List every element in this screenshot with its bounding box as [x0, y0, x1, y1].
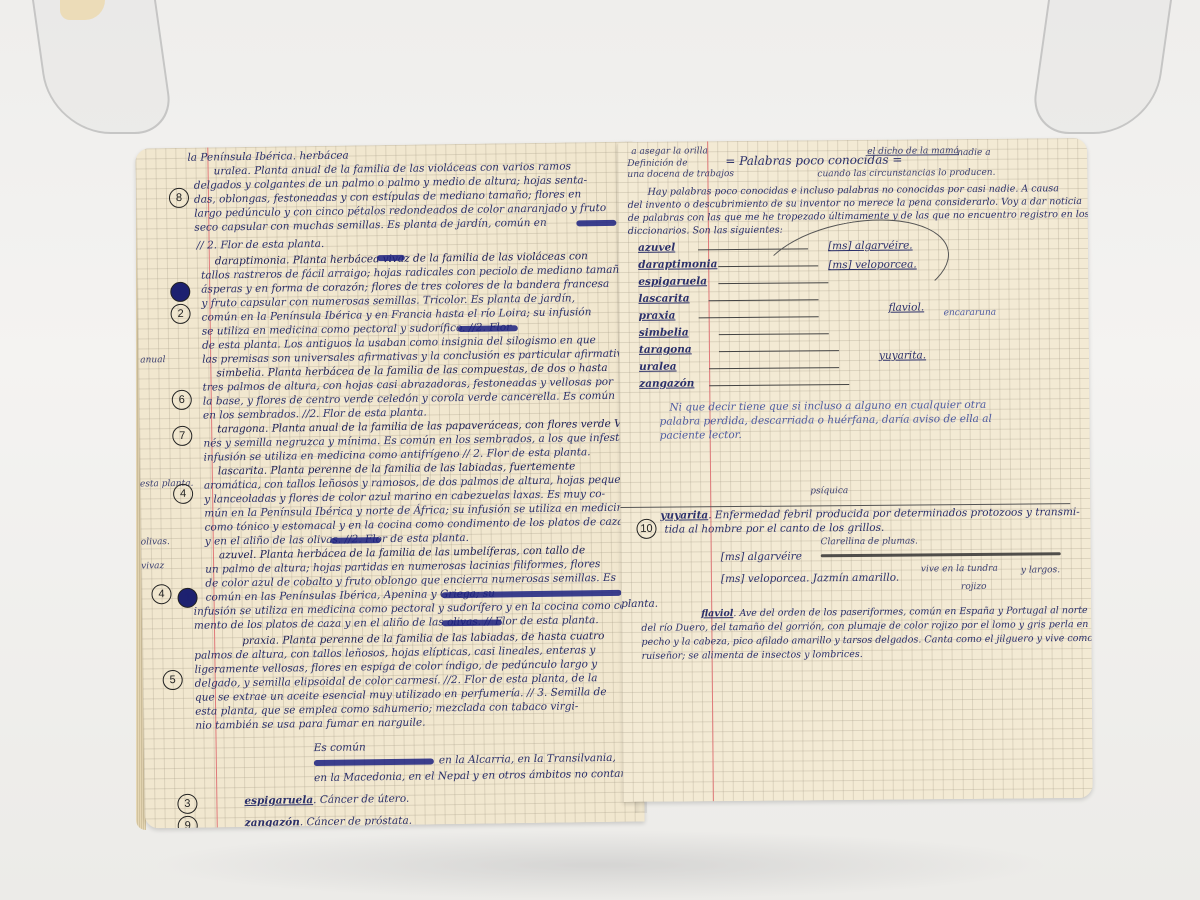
circled-number: 9	[178, 816, 198, 829]
header-note: el dicho de la mamá	[867, 145, 959, 159]
placeholder-line	[709, 367, 839, 369]
circled-number: 6	[172, 390, 192, 410]
annotation: psíquica	[810, 485, 848, 498]
text-line: pecho y la cabeza, pico afilado amarillo…	[641, 632, 1092, 649]
annotation: Clarellina de plumas.	[821, 535, 918, 549]
annotation: y largos.	[1021, 564, 1060, 577]
word-list-item: zangazón	[639, 377, 694, 390]
circled-number: 5	[163, 670, 183, 690]
word-list-item: azuvel	[638, 242, 675, 255]
acrylic-stand-right	[1029, 0, 1175, 134]
circled-number: 2	[170, 304, 190, 324]
header-note: cuando las circunstancias lo producen.	[817, 167, 995, 182]
text-line: ruiseñor; se alimenta de insectos y lomb…	[642, 648, 863, 663]
header-note: nadie a	[957, 147, 990, 160]
entry-veloporcea: [ms] veloporcea. Jazmín amarillo.	[721, 572, 899, 587]
text-line: tida al hombre por el canto de los grill…	[664, 522, 884, 537]
word-list-item: praxia	[639, 310, 676, 323]
footnote: zangazón. Cáncer de próstata.	[245, 815, 413, 829]
word-list-item: taragona	[639, 343, 692, 356]
side-word: encararuna	[944, 307, 997, 320]
placeholder-line	[709, 384, 849, 387]
word-list-item: simbelia	[639, 326, 689, 339]
margin-note: vivaz	[141, 560, 164, 573]
header-note: una docena de trabajos	[627, 168, 734, 182]
word-list-item: lascarita	[638, 292, 689, 305]
side-word: flaviol.	[889, 301, 925, 314]
insertion-note: Es común	[314, 741, 366, 755]
right-page: a asegar la orilla Definición de una doc…	[617, 138, 1093, 802]
closing-line: palabra perdida, descarriada o huérfana,…	[660, 413, 992, 429]
scribble-out	[442, 619, 502, 626]
circled-number: 3	[177, 794, 197, 814]
circled-number: 7	[172, 426, 192, 446]
scribble-out	[458, 325, 518, 332]
intro-line: diccionarios. Son las siguientes:	[628, 224, 783, 238]
margin-note: planta.	[621, 598, 658, 611]
struck-text	[821, 552, 1061, 557]
word-list-item: daraptimonia	[638, 258, 717, 272]
scribble-out	[314, 758, 434, 766]
text-line: nio también se usa para fumar en narguil…	[195, 717, 425, 733]
annotation: vive en la tundra	[921, 563, 998, 577]
margin-note: olivas.	[141, 536, 170, 549]
side-word: [ms] algarvéire.	[828, 239, 913, 253]
annotation: rojizo	[961, 581, 987, 594]
circled-number: 1	[170, 282, 190, 302]
text-line: la Península Ibérica. herbácea	[187, 150, 349, 165]
left-page: la Península Ibérica. herbácea uralea. P…	[135, 142, 644, 829]
display-shadow	[150, 830, 1050, 900]
placeholder-line	[719, 333, 829, 335]
entry-yuyarita: yuyarita. Enfermedad febril producida po…	[660, 506, 1080, 523]
margin-line	[707, 141, 714, 801]
circled-number: 10	[636, 519, 656, 539]
side-word: yuyarita.	[879, 349, 926, 362]
circled-number: 4	[173, 484, 193, 504]
scribble-out	[442, 590, 622, 599]
scribble-out	[331, 537, 381, 544]
placeholder-line	[699, 316, 819, 318]
word-list-item: espigaruela	[638, 275, 707, 289]
footnote: espigaruela. Cáncer de útero.	[244, 793, 409, 808]
closing-line: Ni que decir tiene que si incluso a algu…	[669, 399, 986, 415]
scribble-out	[576, 220, 616, 227]
scribble-out	[377, 255, 405, 261]
entry-algarveire: [ms] algarvéire	[721, 550, 802, 564]
text-line: // 2. Flor de esta planta.	[197, 238, 325, 253]
circled-number: 4	[151, 584, 171, 604]
placeholder-line	[719, 350, 839, 352]
insertion-note: en la Alcarria, en la Transilvania,	[439, 752, 616, 767]
insertion-note: en la Macedonia, en el Nepal y en otros …	[314, 767, 645, 785]
side-word: [ms] veloporcea.	[828, 258, 917, 272]
acrylic-stand-left	[29, 0, 175, 134]
closing-line: paciente lector.	[660, 429, 742, 443]
word-list-item: uralea	[639, 361, 677, 374]
circled-number: 8	[169, 188, 189, 208]
open-notebook: la Península Ibérica. herbácea uralea. P…	[100, 135, 1100, 835]
margin-note: anual	[140, 354, 165, 367]
